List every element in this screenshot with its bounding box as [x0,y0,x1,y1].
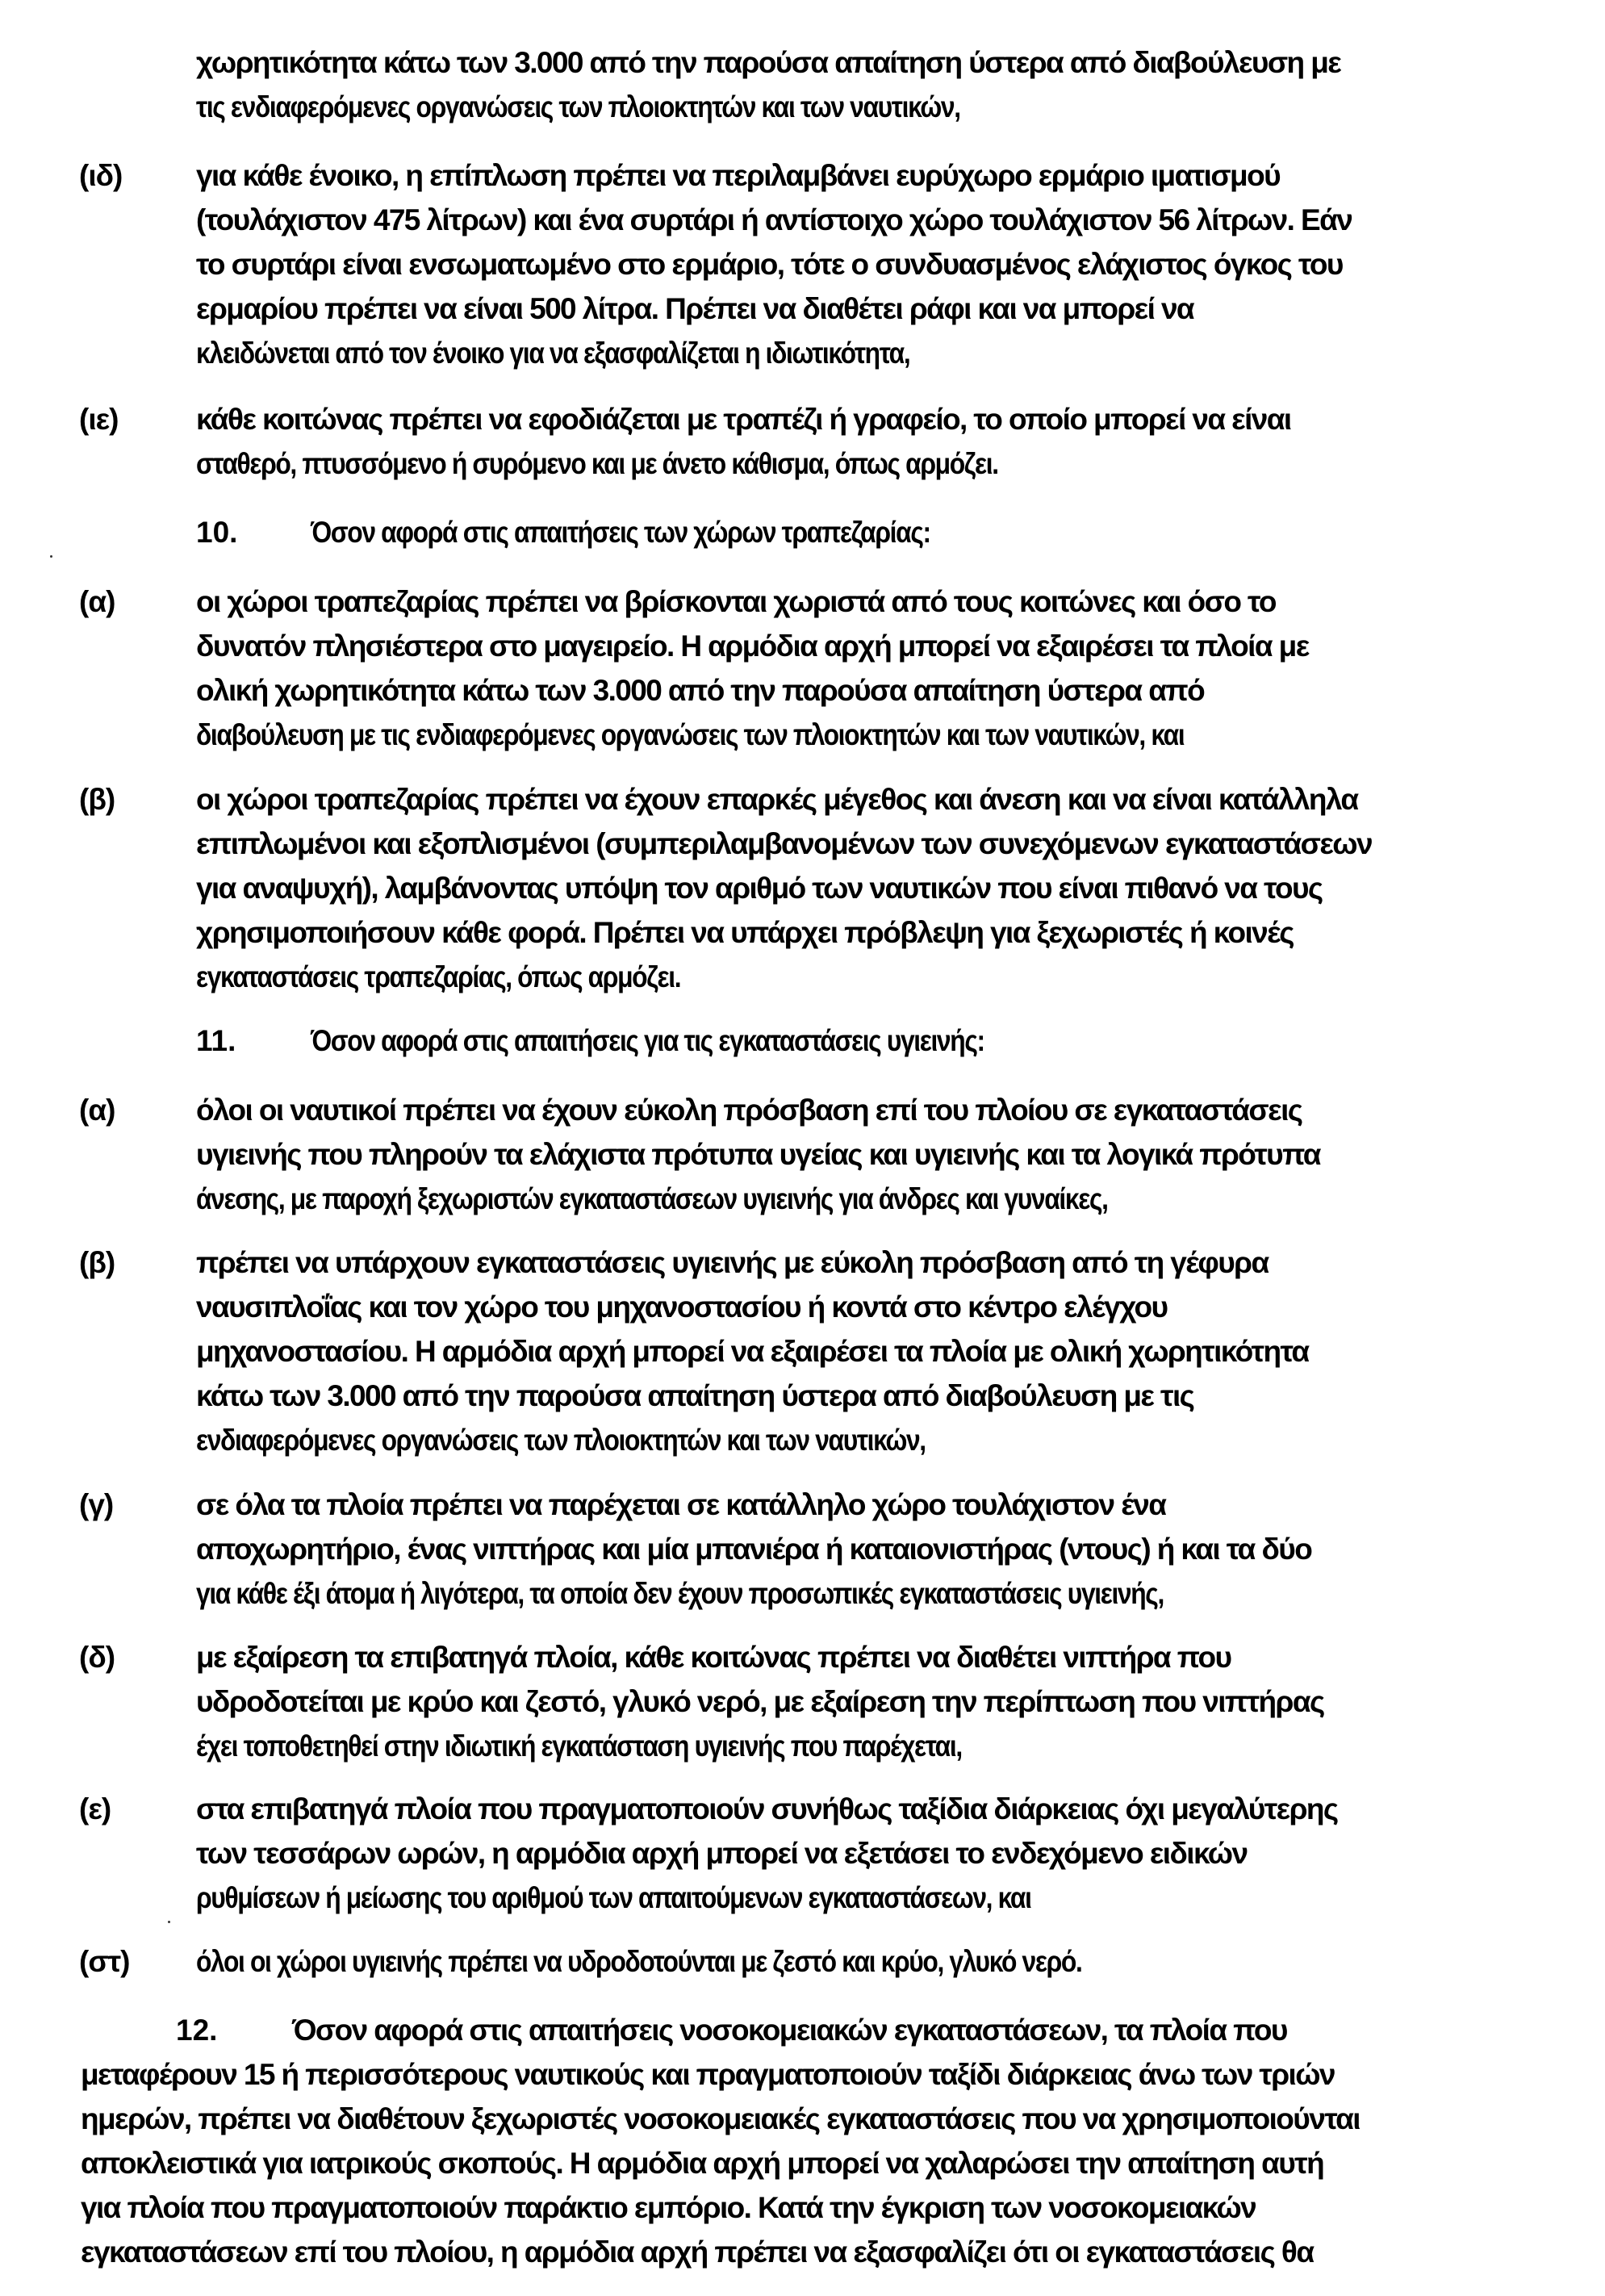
text-line: δυνατόν πλησιέστερα στο μαγειρείο. Η αρμ… [196,624,1482,668]
item-label: (β) [79,777,115,822]
text-line: αποχωρητήριο, ένας νιπτήρας και μία μπαν… [196,1527,1482,1571]
text-line: άνεσης, με παροχή ξεχωριστών εγκαταστάσε… [196,1177,1302,1221]
item-label: (α) [79,579,115,624]
text-line: για κάθε έξι άτομα ή λιγότερα, τα οποία … [196,1571,1302,1616]
item-label: (α) [79,1088,115,1132]
text-line: ρυθμίσεων ή μείωσης του αριθμού των απαι… [196,1876,1302,1920]
text-line: πρέπει να υπάρχουν εγκαταστάσεις υγιεινή… [196,1240,1482,1285]
section-number: 12. [176,2008,217,2052]
text-line: έχει τοποθετηθεί στην ιδιωτική εγκατάστα… [196,1724,1302,1768]
text-line: Όσον αφορά στις απαιτήσεις νοσοκομειακών… [292,2008,1482,2052]
text-line: (τουλάχιστον 475 λίτρων) και ένα συρτάρι… [196,198,1482,242]
item-label: (στ) [79,1939,129,1984]
text-line: για αναψυχή), λαμβάνοντας υπόψη τον αριθ… [196,866,1482,910]
text-line: στα επιβατηγά πλοία που πραγματοποιούν σ… [196,1787,1482,1831]
text-line: κάτω των 3.000 από την παρούσα απαίτηση … [196,1374,1482,1418]
text-line: όλοι οι ναυτικοί πρέπει να έχουν εύκολη … [196,1088,1482,1132]
text-line: κάθε κοιτώνας πρέπει να εφοδιάζεται με τ… [196,397,1482,441]
text-line: μηχανοστασίου. Η αρμόδια αρχή μπορεί να … [196,1329,1482,1374]
item-label: (β) [79,1240,115,1285]
text-line: μεταφέρουν 15 ή περισσότερους ναυτικούς … [81,2052,1482,2097]
section-number: 11. [196,1018,236,1063]
text-line: εγκαταστάσεων επί του πλοίου, η αρμόδια … [81,2230,1482,2274]
text-line: ναυσιπλοΐας και τον χώρο του μηχανοστασί… [196,1285,1482,1329]
text-line: υδροδοτείται με κρύο και ζεστό, γλυκό νε… [196,1679,1482,1724]
item-label: (ε) [79,1787,111,1831]
section-heading: Όσον αφορά στις απαιτήσεις για τις εγκατ… [311,1018,1317,1063]
item-label: (γ) [79,1483,113,1527]
text-line: με εξαίρεση τα επιβατηγά πλοία, κάθε κοι… [196,1635,1482,1679]
text-line: των τεσσάρων ωρών, η αρμόδια αρχή μπορεί… [196,1831,1482,1876]
item-label: (ιδ) [79,153,122,198]
text-line: το συρτάρι είναι ενσωματωμένο στο ερμάρι… [196,242,1482,286]
text-line: ημερών, πρέπει να διαθέτουν ξεχωριστές ν… [81,2097,1482,2141]
text-line: χωρητικότητα κάτω των 3.000 από την παρο… [196,40,1482,85]
scan-speck [168,1921,170,1923]
text-line: για πλοία που πραγματοποιούν παράκτιο εμ… [81,2185,1482,2230]
item-label: (δ) [79,1635,115,1679]
text-line: διαβούλευση με τις ενδιαφερόμενες οργανώ… [196,713,1302,757]
text-line: οι χώροι τραπεζαρίας πρέπει να έχουν επα… [196,777,1482,822]
text-line: αποκλειστικά για ιατρικούς σκοπούς. Η αρ… [81,2141,1482,2185]
text-line: ολική χωρητικότητα κάτω των 3.000 από τη… [196,668,1482,713]
text-line: εγκαταστάσεις τραπεζαρίας, όπως αρμόζει. [196,955,1302,999]
text-line: χρησιμοποιήσουν κάθε φορά. Πρέπει να υπά… [196,910,1482,955]
text-line: οι χώροι τραπεζαρίας πρέπει να βρίσκοντα… [196,579,1482,624]
text-line: ερμαρίου πρέπει να είναι 500 λίτρα. Πρέπ… [196,286,1482,331]
text-line: σταθερό, πτυσσόμενο ή συρόμενο και με άν… [196,441,1302,486]
text-line: όλοι οι χώροι υγιεινής πρέπει να υδροδοτ… [196,1939,1302,1984]
section-number: 10. [196,510,237,554]
text-line: υγιεινής που πληρούν τα ελάχιστα πρότυπα… [196,1132,1482,1177]
section-heading: Όσον αφορά στις απαιτήσεις των χώρων τρα… [311,510,1317,554]
item-label: (ιε) [79,397,118,441]
text-line: επιπλωμένοι και εξοπλισμένοι (συμπεριλαμ… [196,822,1482,866]
text-line: για κάθε ένοικο, η επίπλωση πρέπει να πε… [196,153,1482,198]
scan-speck [50,555,52,558]
text-line: ενδιαφερόμενες οργανώσεις των πλοιοκτητώ… [196,1418,1302,1462]
text-line: κλειδώνεται από τον ένοικο για να εξασφα… [196,331,1302,375]
document-page: χωρητικότητα κάτω των 3.000 από την παρο… [0,0,1605,2296]
text-line: τις ενδιαφερόμενες οργανώσεις των πλοιοκ… [196,85,1302,129]
text-line: σε όλα τα πλοία πρέπει να παρέχεται σε κ… [196,1483,1482,1527]
